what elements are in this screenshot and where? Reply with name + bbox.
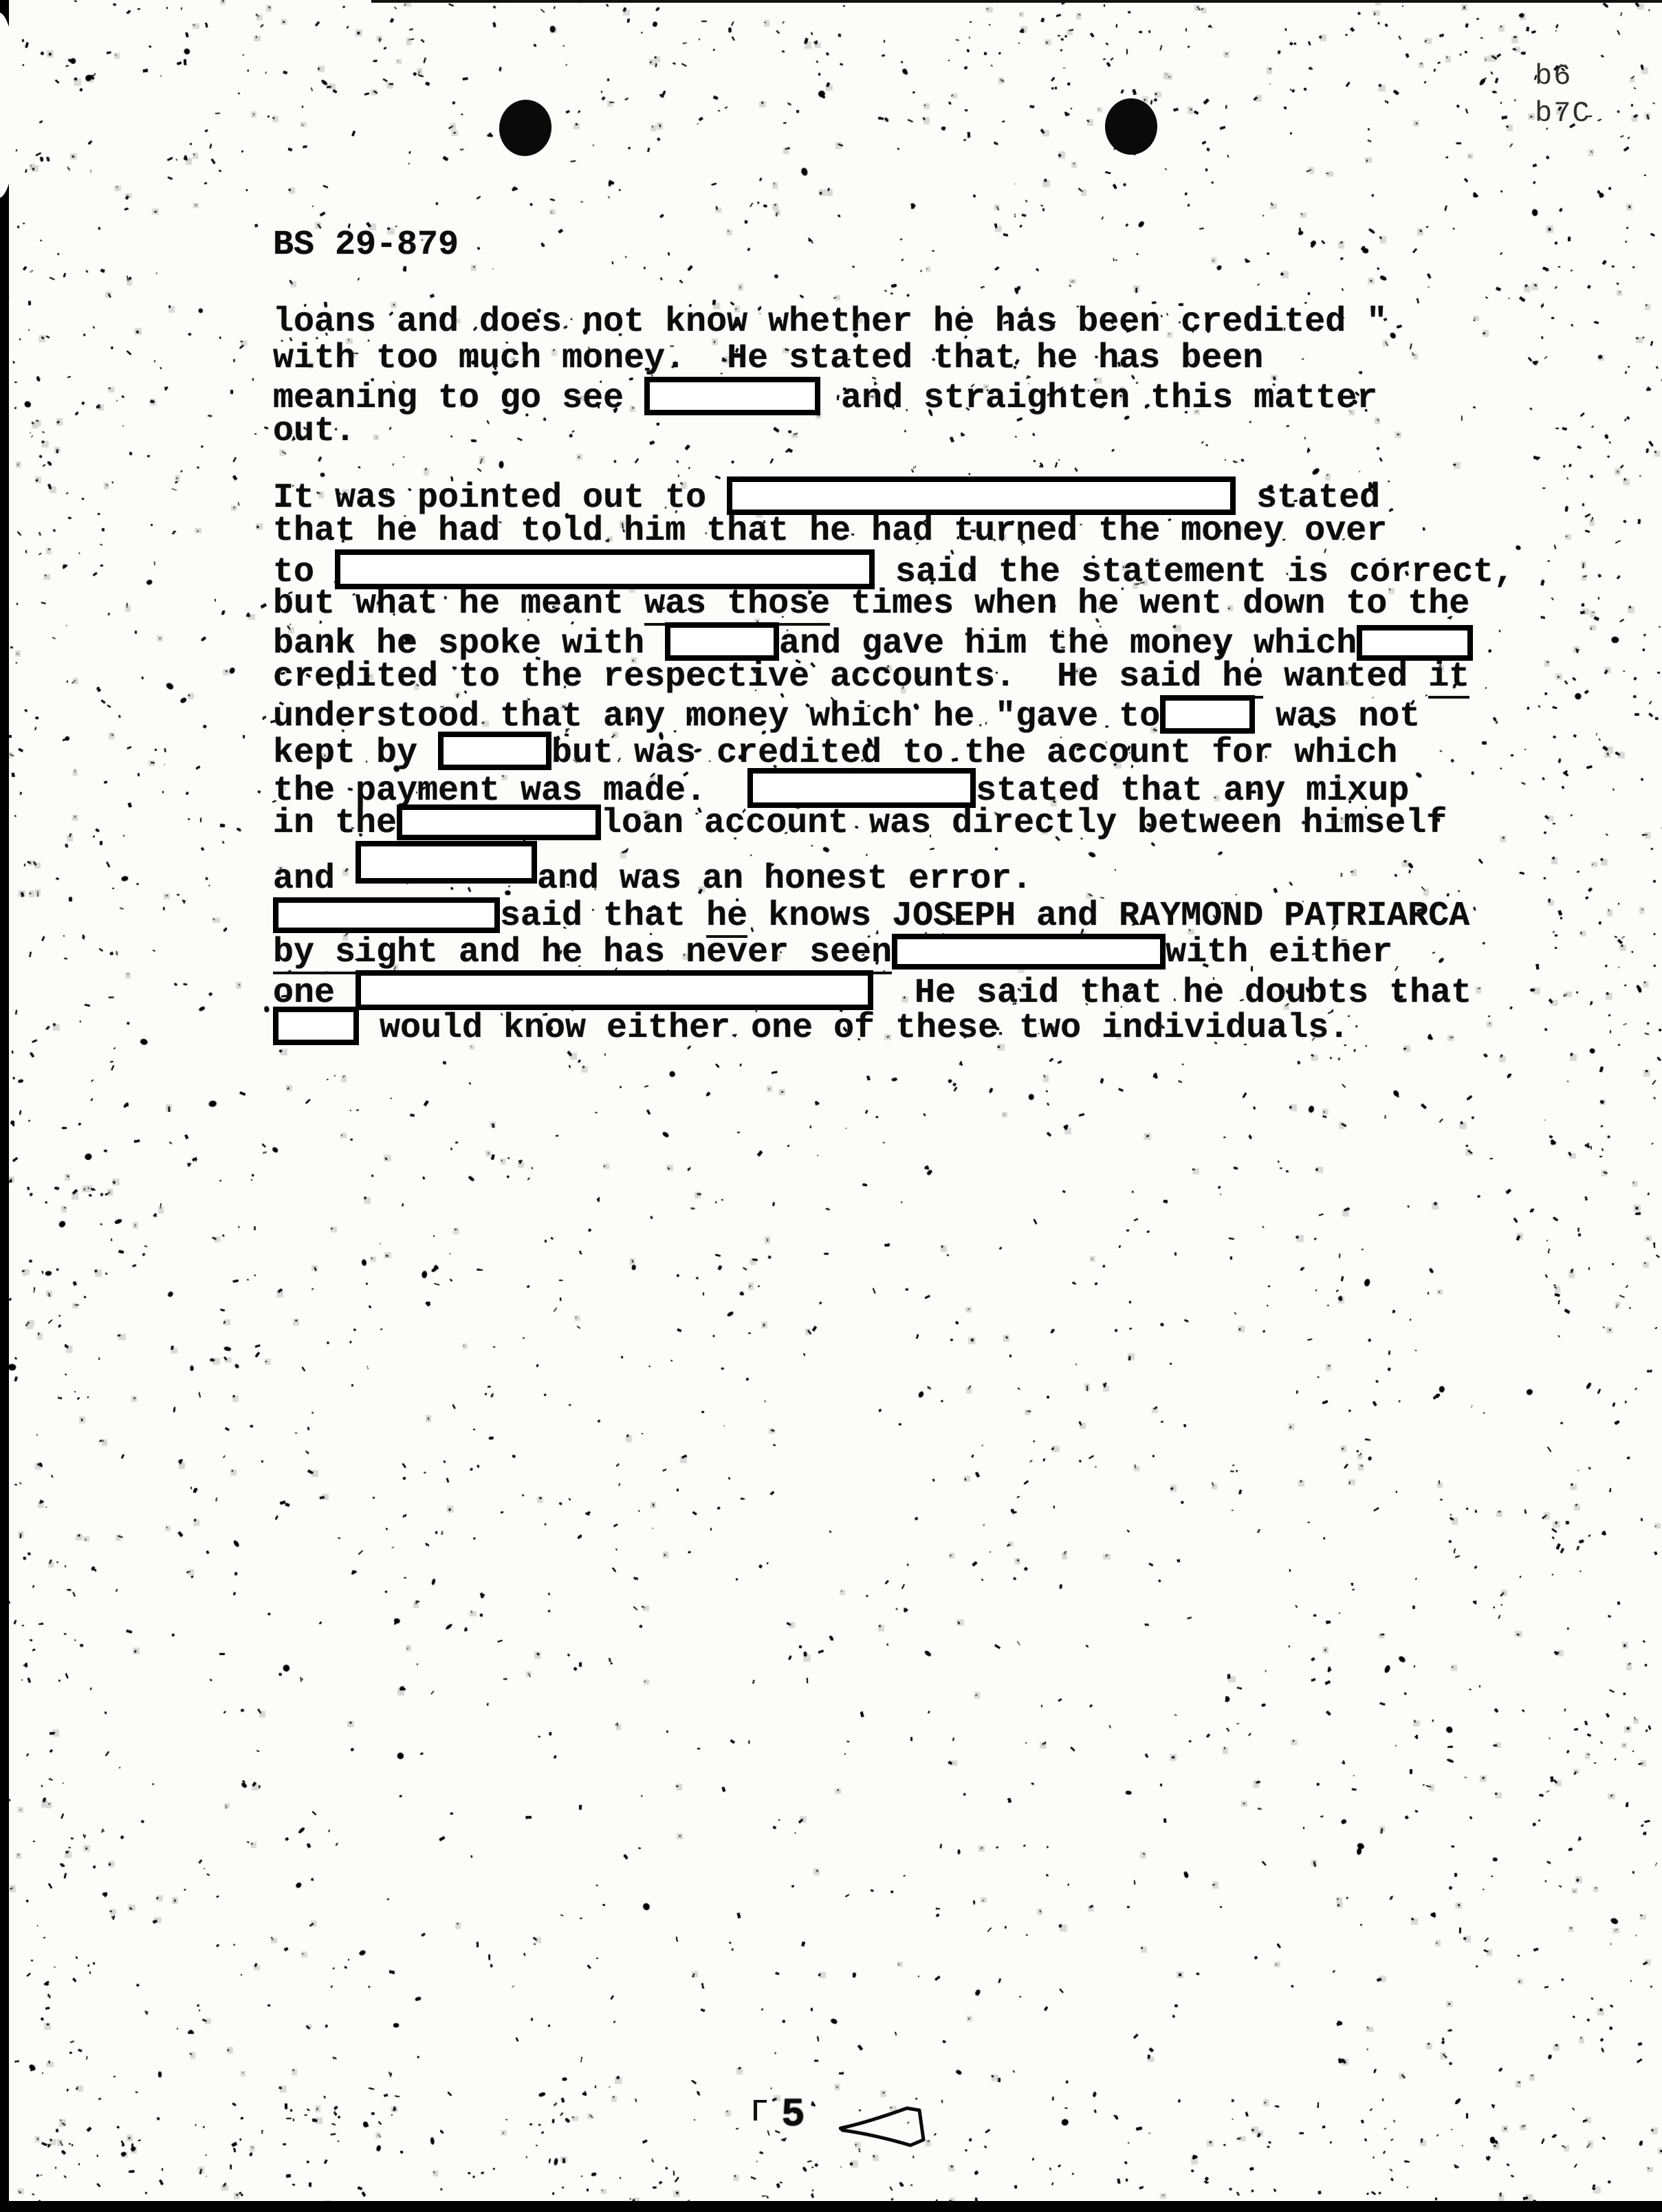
text-segment: but what he meant xyxy=(273,584,644,624)
text-segment: and was an honest error. xyxy=(537,859,1032,899)
page-number: 5 xyxy=(781,2093,805,2138)
document-text-line: credited to the respective accounts. He … xyxy=(273,659,1469,695)
handwritten-arrow-mark xyxy=(839,2103,932,2152)
document-text-line: the payment was made. stated that any mi… xyxy=(273,768,1409,804)
document-text-line: meaning to go see and straighten this ma… xyxy=(273,377,1377,413)
stray-pen-mark xyxy=(754,2100,767,2121)
document-text-body: loans and does not know whether he has b… xyxy=(0,0,1662,2212)
text-segment: with either xyxy=(1166,933,1392,972)
redaction-box xyxy=(665,622,779,661)
document-text-line: It was pointed out to stated xyxy=(273,477,1380,513)
text-segment: and RAYMOND PATRIARCA xyxy=(1016,897,1469,936)
text-segment: with too much money. xyxy=(273,339,727,378)
redaction-box xyxy=(335,549,875,589)
text-segment: in the xyxy=(273,804,397,843)
text-segment: understood that any money which he "gave… xyxy=(273,697,1160,736)
document-text-line: loans and does not know whether he has b… xyxy=(273,304,1387,340)
text-segment: kept by xyxy=(273,734,438,773)
redaction-box xyxy=(397,804,601,840)
redaction-box xyxy=(892,934,1166,970)
redaction-box xyxy=(747,768,976,808)
document-text-line: would know either one of these two indiv… xyxy=(273,1007,1349,1043)
text-segment: that he had told him that he had turned … xyxy=(273,512,1387,551)
document-text-line: with too much money. He stated that he h… xyxy=(273,340,1263,377)
document-text-line: out. xyxy=(273,413,356,450)
document-page: b6 b7C BS 29-879 loans and does not know… xyxy=(0,0,1662,2212)
underlined-text: was those xyxy=(644,586,830,626)
text-segment: would know either one of these two indiv… xyxy=(359,1009,1349,1048)
text-segment: out. xyxy=(273,412,356,451)
underlined-text: he xyxy=(1222,659,1263,699)
redaction-box xyxy=(1357,625,1473,661)
underlined-text: he xyxy=(706,898,747,938)
document-text-line: said that he knows JOSEPH and RAYMOND PA… xyxy=(273,897,1469,934)
redaction-box xyxy=(356,970,873,1010)
text-segment: loans and does not know whether he has b… xyxy=(273,303,1387,342)
redaction-box xyxy=(1160,695,1255,734)
text-segment: times when he went down to the xyxy=(830,584,1469,624)
document-text-line: understood that any money which he "gave… xyxy=(273,695,1420,732)
underlined-text: JOSEPH xyxy=(892,898,1016,938)
redaction-box xyxy=(644,377,820,415)
document-text-line: kept by but was credited to the account … xyxy=(273,732,1397,768)
text-segment: and xyxy=(273,859,356,899)
underlined-text: it xyxy=(1428,659,1469,699)
document-text-line: one He said that he doubts that xyxy=(273,970,1472,1007)
underlined-text: He xyxy=(727,340,768,380)
document-text-line: in theloan account was directly between … xyxy=(273,804,1447,841)
document-text-line: but what he meant was those times when h… xyxy=(273,586,1469,622)
text-segment: and straighten this matter xyxy=(820,379,1377,418)
text-segment: was not xyxy=(1255,697,1420,736)
redaction-box xyxy=(727,477,1236,515)
redaction-box xyxy=(273,897,500,933)
document-text-line: and and was an honest error. xyxy=(273,841,1032,877)
text-segment: said that xyxy=(500,897,706,936)
text-segment: wanted xyxy=(1263,657,1428,697)
text-segment: loan account was directly between himsel… xyxy=(601,804,1447,843)
document-text-line: that he had told him that he had turned … xyxy=(273,513,1387,549)
redaction-box xyxy=(273,1007,359,1045)
text-segment: credited to the respective accounts. He … xyxy=(273,657,1222,697)
redaction-box xyxy=(438,732,551,770)
document-text-line: to said the statement is correct, xyxy=(273,549,1514,586)
redaction-box xyxy=(356,841,537,884)
document-text-line: bank he spoke with and gave him the mone… xyxy=(273,622,1473,659)
text-segment: knows xyxy=(747,897,892,936)
text-segment: stated that he has been xyxy=(768,339,1263,378)
text-segment: but was credited to the account for whic… xyxy=(551,734,1397,773)
underlined-text: by sight and he has never seen xyxy=(273,934,892,974)
document-text-line: by sight and he has never seenwith eithe… xyxy=(273,934,1392,970)
